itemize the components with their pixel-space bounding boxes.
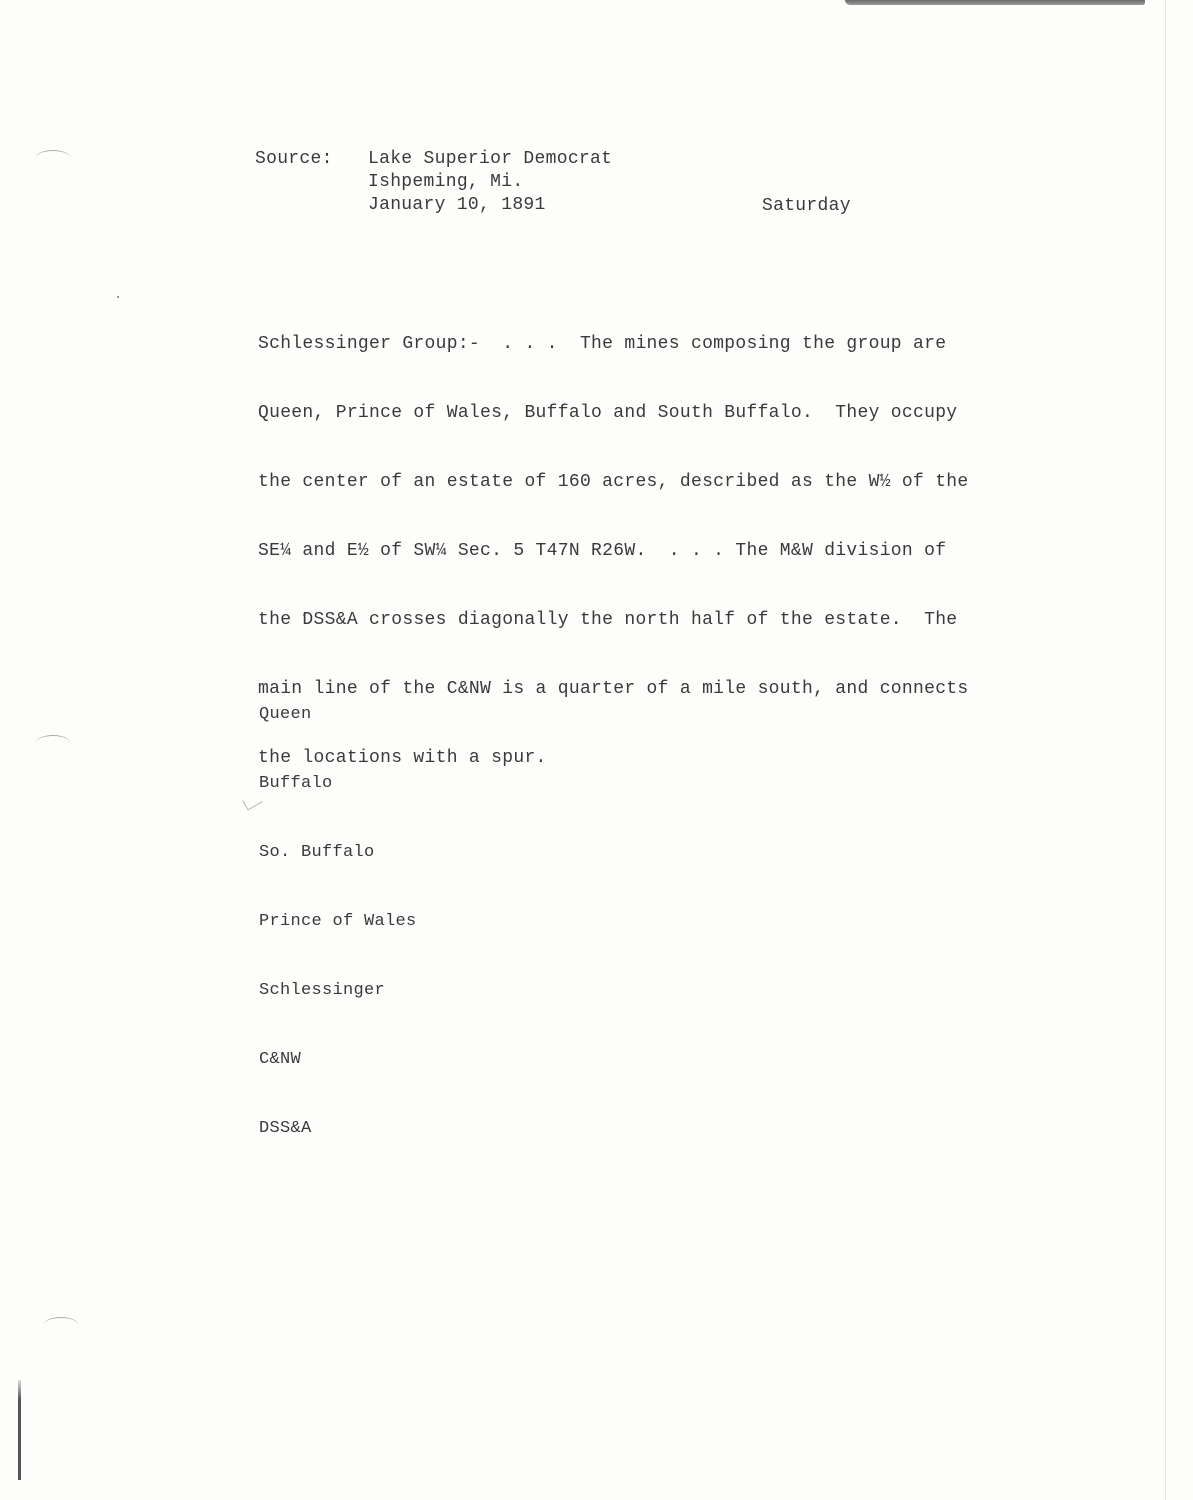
index-term: Schlessinger [259, 979, 417, 1002]
scan-edge-shadow [845, 0, 1145, 5]
page-edge [1165, 0, 1166, 1500]
index-term: DSS&A [259, 1117, 417, 1140]
body-line: the DSS&A crosses diagonally the north h… [258, 609, 969, 632]
location: Ishpeming, Mi. [368, 171, 612, 194]
punch-hole-mark [44, 1317, 78, 1332]
index-term: So. Buffalo [259, 841, 417, 864]
body-line: Schlessinger Group:- . . . The mines com… [258, 333, 969, 356]
publication: Lake Superior Democrat [368, 148, 612, 171]
day-of-week: Saturday [762, 195, 851, 218]
index-term: Prince of Wales [259, 910, 417, 933]
punch-hole-mark [36, 150, 70, 165]
stray-mark [117, 296, 119, 298]
source-label: Source: [255, 148, 333, 171]
punch-hole-mark [36, 735, 70, 750]
index-term: Buffalo [259, 772, 417, 795]
date: January 10, 1891 [368, 194, 612, 217]
index-term: Queen [259, 703, 417, 726]
body-line: Queen, Prince of Wales, Buffalo and Sout… [258, 402, 969, 425]
body-line: the center of an estate of 160 acres, de… [258, 471, 969, 494]
margin-mark [18, 1380, 21, 1480]
index-term: C&NW [259, 1048, 417, 1071]
body-line: SE¼ and E½ of SW¼ Sec. 5 T47N R26W. . . … [258, 540, 969, 563]
source-details: Lake Superior DemocratIshpeming, Mi.Janu… [368, 148, 612, 217]
index-term-list: Queen Buffalo So. Buffalo Prince of Wale… [259, 657, 417, 1163]
